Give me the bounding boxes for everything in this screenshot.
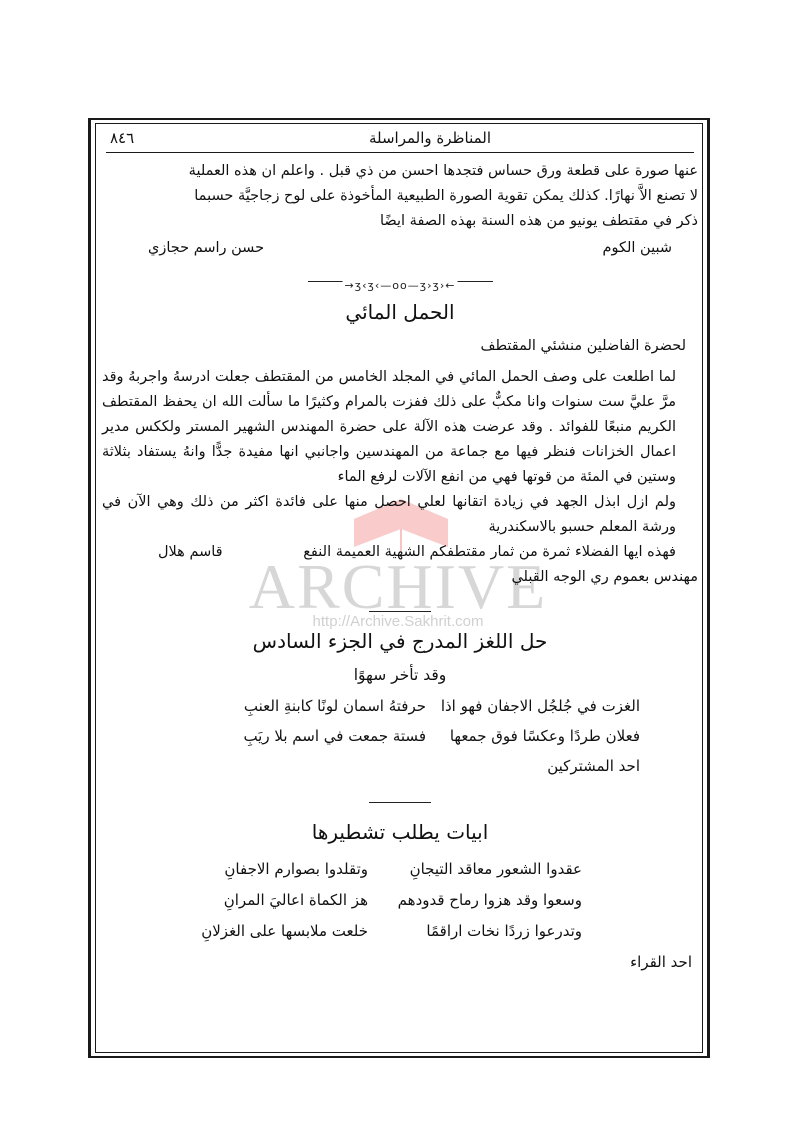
signature: احد المشتركين [98,751,702,781]
verse-second-half: فستة جمعت في اسم بلا ريَبِ [243,721,440,751]
text-line: ذكر في مقتطف يونيو من هذه السنة بهذه الص… [98,209,702,234]
signature: احد القراء [98,947,702,977]
article-verses-request: ابيات يطلب تشطيرها عقدوا الشعور معاقد ال… [98,816,702,977]
verse-line: وسعوا وقد هزوا رماح قدودهم هز الكماة اعا… [98,885,702,916]
article-title: حل اللغز المدرج في الجزء السادس [98,625,702,657]
signature-name: حسن راسم حجازي [148,236,264,261]
verse-first-half: الغزت في جُلجُل الاجفان فهو اذا [440,691,640,721]
verse-first-half: عقدوا الشعور معاقد التيجانِ [382,854,582,885]
section-divider [98,787,702,812]
signature-title: مهندس بعموم ري الوجه القبلي [98,565,702,590]
article-title: الحمل المائي [98,296,702,328]
verse-second-half: خلعت ملابسها على الغزلانِ [201,916,382,947]
verse-second-half: حرفتهُ اسمان لونًا كابنةِ العنبِ [244,691,440,721]
signature-place: شبين الكوم [603,236,672,261]
article-paragraph: ولم ازل ابذل الجهد في زيادة اتقانها لعلي… [98,490,702,540]
page-content: المناظرة والمراسلة ٨٤٦ عنها صورة على قطع… [98,124,702,977]
verse-line: وتدرعوا زردًا نخات اراقمًا خلعت ملابسها … [98,916,702,947]
article-address: لحضرة الفاضلين منشئي المقتطف [98,334,702,359]
signature-name: قاسم هلال [158,540,223,565]
article-subtitle: وقد تأخر سهوًا [98,663,702,687]
running-title: المناظرة والمراسلة [170,126,690,151]
verse-first-half: فعلان طردًا وعكسًا فوق جمعها [440,721,640,751]
closing-text: فهذه ايها الفضلاء ثمرة من ثمار مقتطفكم ا… [303,540,676,565]
section-ornament: →ʒ‹ʒ‹—oo—ʒ›ʒ›← [98,269,702,294]
verse-line: الغزت في جُلجُل الاجفان فهو اذا حرفتهُ ا… [98,691,702,721]
ornament-glyphs: →ʒ‹ʒ‹—oo—ʒ›ʒ›← [343,273,458,298]
section-divider [98,596,702,621]
verse-first-half: وتدرعوا زردًا نخات اراقمًا [382,916,582,947]
page-header: المناظرة والمراسلة ٨٤٦ [106,124,694,153]
article-riddle-solution: حل اللغز المدرج في الجزء السادس وقد تأخر… [98,625,702,781]
verse-line: فعلان طردًا وعكسًا فوق جمعها فستة جمعت ف… [98,721,702,751]
article-water-lift: الحمل المائي لحضرة الفاضلين منشئي المقتط… [98,296,702,590]
closing-row: فهذه ايها الفضلاء ثمرة من ثمار مقتطفكم ا… [98,540,702,565]
article-paragraph: لما اطلعت على وصف الحمل المائي في المجلد… [98,365,702,490]
continuation-signature: شبين الكوم حسن راسم حجازي [98,236,702,261]
article-title: ابيات يطلب تشطيرها [98,816,702,848]
verse-second-half: وتقلدوا بصوارم الاجفانِ [224,854,382,885]
page-number: ٨٤٦ [110,126,170,151]
verse-line: عقدوا الشعور معاقد التيجانِ وتقلدوا بصوا… [98,854,702,885]
continuation-text: عنها صورة على قطعة ورق حساس فتجدها احسن … [98,159,702,261]
verse-second-half: هز الكماة اعاليَ المرانِ [224,885,382,916]
verse-first-half: وسعوا وقد هزوا رماح قدودهم [382,885,582,916]
text-line: لا تصنع الاَّ نهارًا. كذلك يمكن تقوية ال… [98,184,702,209]
text-line: عنها صورة على قطعة ورق حساس فتجدها احسن … [98,159,702,184]
